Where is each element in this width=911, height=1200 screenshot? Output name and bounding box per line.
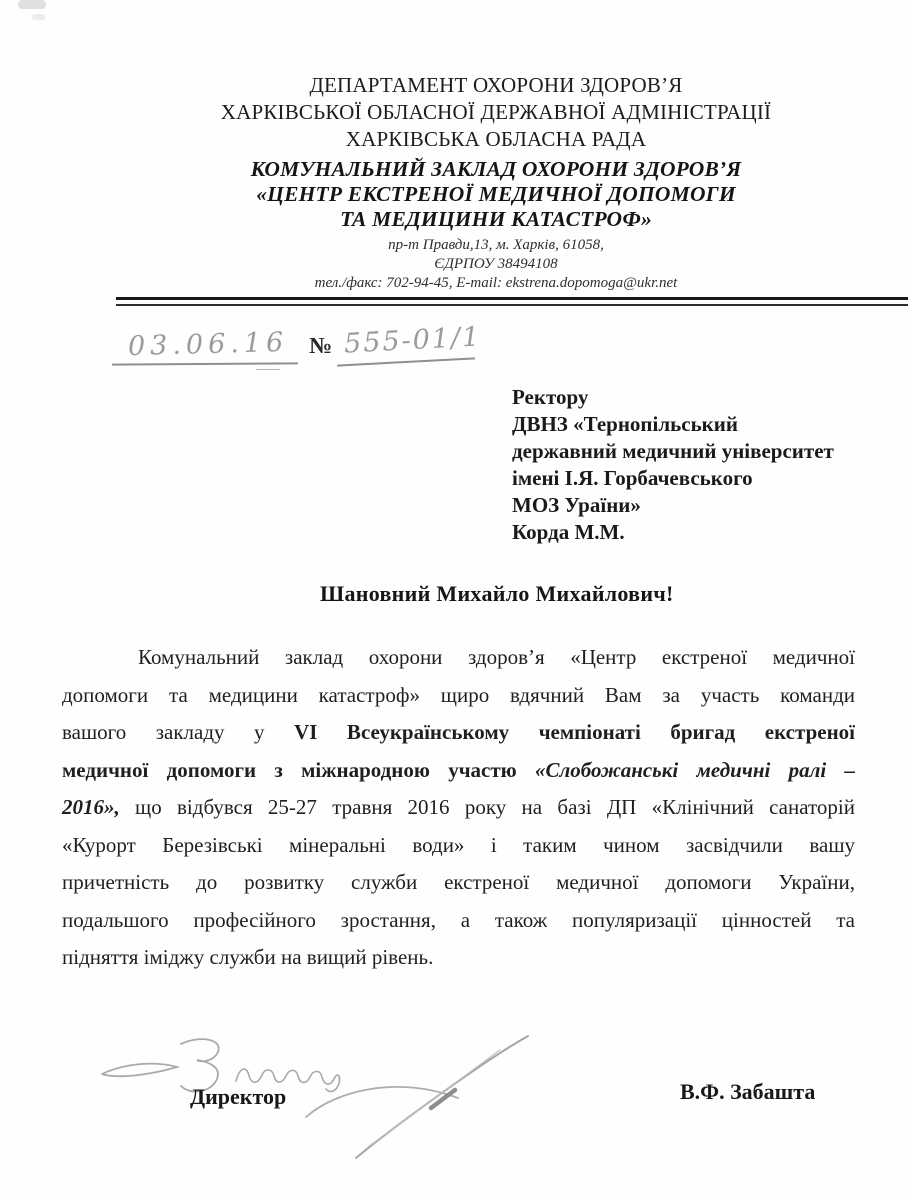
body-text-run: що відбувся 25-27 травня 2016 року на ба…: [120, 795, 855, 819]
letterhead-center-line-2: ТА МЕДИЦИНИ КАТАСТРОФ»: [85, 207, 907, 232]
handwritten-date: 03.06.16: [128, 327, 289, 362]
body-line: вашого закладу у VI Всеукраїнському чемп…: [62, 714, 855, 752]
body-text-run: вашого закладу у: [62, 720, 294, 744]
body-text-run-bold-italic: «Слобожанські медичні ралі –: [535, 758, 855, 782]
signature-role: Директор: [190, 1084, 286, 1110]
body-text-run: допомоги та медицини катастроф» щиро вдя…: [62, 683, 855, 707]
body-line: 2016», що відбувся 25-27 травня 2016 рок…: [62, 789, 855, 827]
body-text-run: причетність до розвитку служби екстреної…: [62, 870, 855, 894]
scan-smudge: [32, 14, 45, 20]
body-text-run-bold: медичної допомоги з міжнародною участю: [62, 758, 535, 782]
body-line: допомоги та медицини катастроф» щиро вдя…: [62, 677, 855, 715]
body-text-run: Комунальний заклад охорони здоров’я «Цен…: [138, 645, 855, 669]
body-line: «Курорт Березівські мінеральні води» і т…: [62, 827, 855, 865]
signature-name: В.Ф. Забашта: [680, 1079, 815, 1105]
body-line: підняття іміджу служби на вищий рівень.: [62, 939, 855, 977]
recipient-line: імені І.Я. Горбачевського: [512, 465, 834, 492]
letterhead-center-line: «ЦЕНТР ЕКСТРЕНОЇ МЕДИЧНОЇ ДОПОМОГИ: [85, 182, 907, 207]
letterhead-institution-line: КОМУНАЛЬНИЙ ЗАКЛАД ОХОРОНИ ЗДОРОВ’Я: [85, 157, 907, 182]
recipient-name: Корда М.М.: [512, 519, 834, 546]
recipient-line: МОЗ Ураїни»: [512, 492, 834, 519]
date-underline-dash: [256, 369, 280, 370]
letterhead-department-line: ДЕПАРТАМЕНТ ОХОРОНИ ЗДОРОВ’Я: [85, 72, 907, 99]
number-sign: №: [309, 333, 332, 359]
recipient-title: Ректору: [512, 384, 834, 411]
letterhead: ДЕПАРТАМЕНТ ОХОРОНИ ЗДОРОВ’Я ХАРКІВСЬКОЇ…: [85, 72, 907, 293]
body-line: Комунальний заклад охорони здоров’я «Цен…: [62, 639, 855, 677]
body-line: медичної допомоги з міжнародною участю «…: [62, 752, 855, 790]
body-text-run: «Курорт Березівські мінеральні води» і т…: [62, 833, 855, 857]
salutation: Шановний Михайло Михайлович!: [320, 581, 674, 607]
letterhead-administration-line: ХАРКІВСЬКОЇ ОБЛАСНОЇ ДЕРЖАВНОЇ АДМІНІСТР…: [85, 99, 907, 126]
body-text-run-bold: VI Всеукраїнському чемпіонаті бригад екс…: [294, 720, 855, 744]
letter-page: ДЕПАРТАМЕНТ ОХОРОНИ ЗДОРОВ’Я ХАРКІВСЬКОЇ…: [0, 0, 911, 1200]
letterhead-rule-bottom: [116, 304, 908, 306]
handwritten-number: 555-01/1: [343, 321, 482, 359]
body-text-run-bold-italic: 2016»,: [62, 795, 120, 819]
handwritten-signature: [80, 1025, 560, 1170]
recipient-line: державний медичний університет: [512, 438, 834, 465]
date-underline: [112, 362, 298, 365]
letterhead-edrpou: ЄДРПОУ 38494108: [85, 255, 907, 274]
recipient-block: Ректору ДВНЗ «Тернопільський державний м…: [512, 384, 834, 546]
body-text-run: подальшого професійного зростання, а так…: [62, 908, 855, 932]
scan-smudge: [18, 0, 46, 9]
letterhead-street-address: пр-т Правди,13, м. Харків, 61058,: [85, 236, 907, 255]
recipient-line: ДВНЗ «Тернопільський: [512, 411, 834, 438]
body-line: подальшого професійного зростання, а так…: [62, 902, 855, 940]
letterhead-phone-email: тел./факс: 702-94-45, E-mail: ekstrena.d…: [85, 274, 907, 293]
letterhead-rule-top: [116, 297, 908, 300]
letterhead-council-line: ХАРКІВСЬКА ОБЛАСНА РАДА: [85, 126, 907, 153]
body-paragraph: Комунальний заклад охорони здоров’я «Цен…: [62, 639, 855, 977]
body-text-run: підняття іміджу служби на вищий рівень.: [62, 945, 433, 969]
body-line: причетність до розвитку служби екстреної…: [62, 864, 855, 902]
